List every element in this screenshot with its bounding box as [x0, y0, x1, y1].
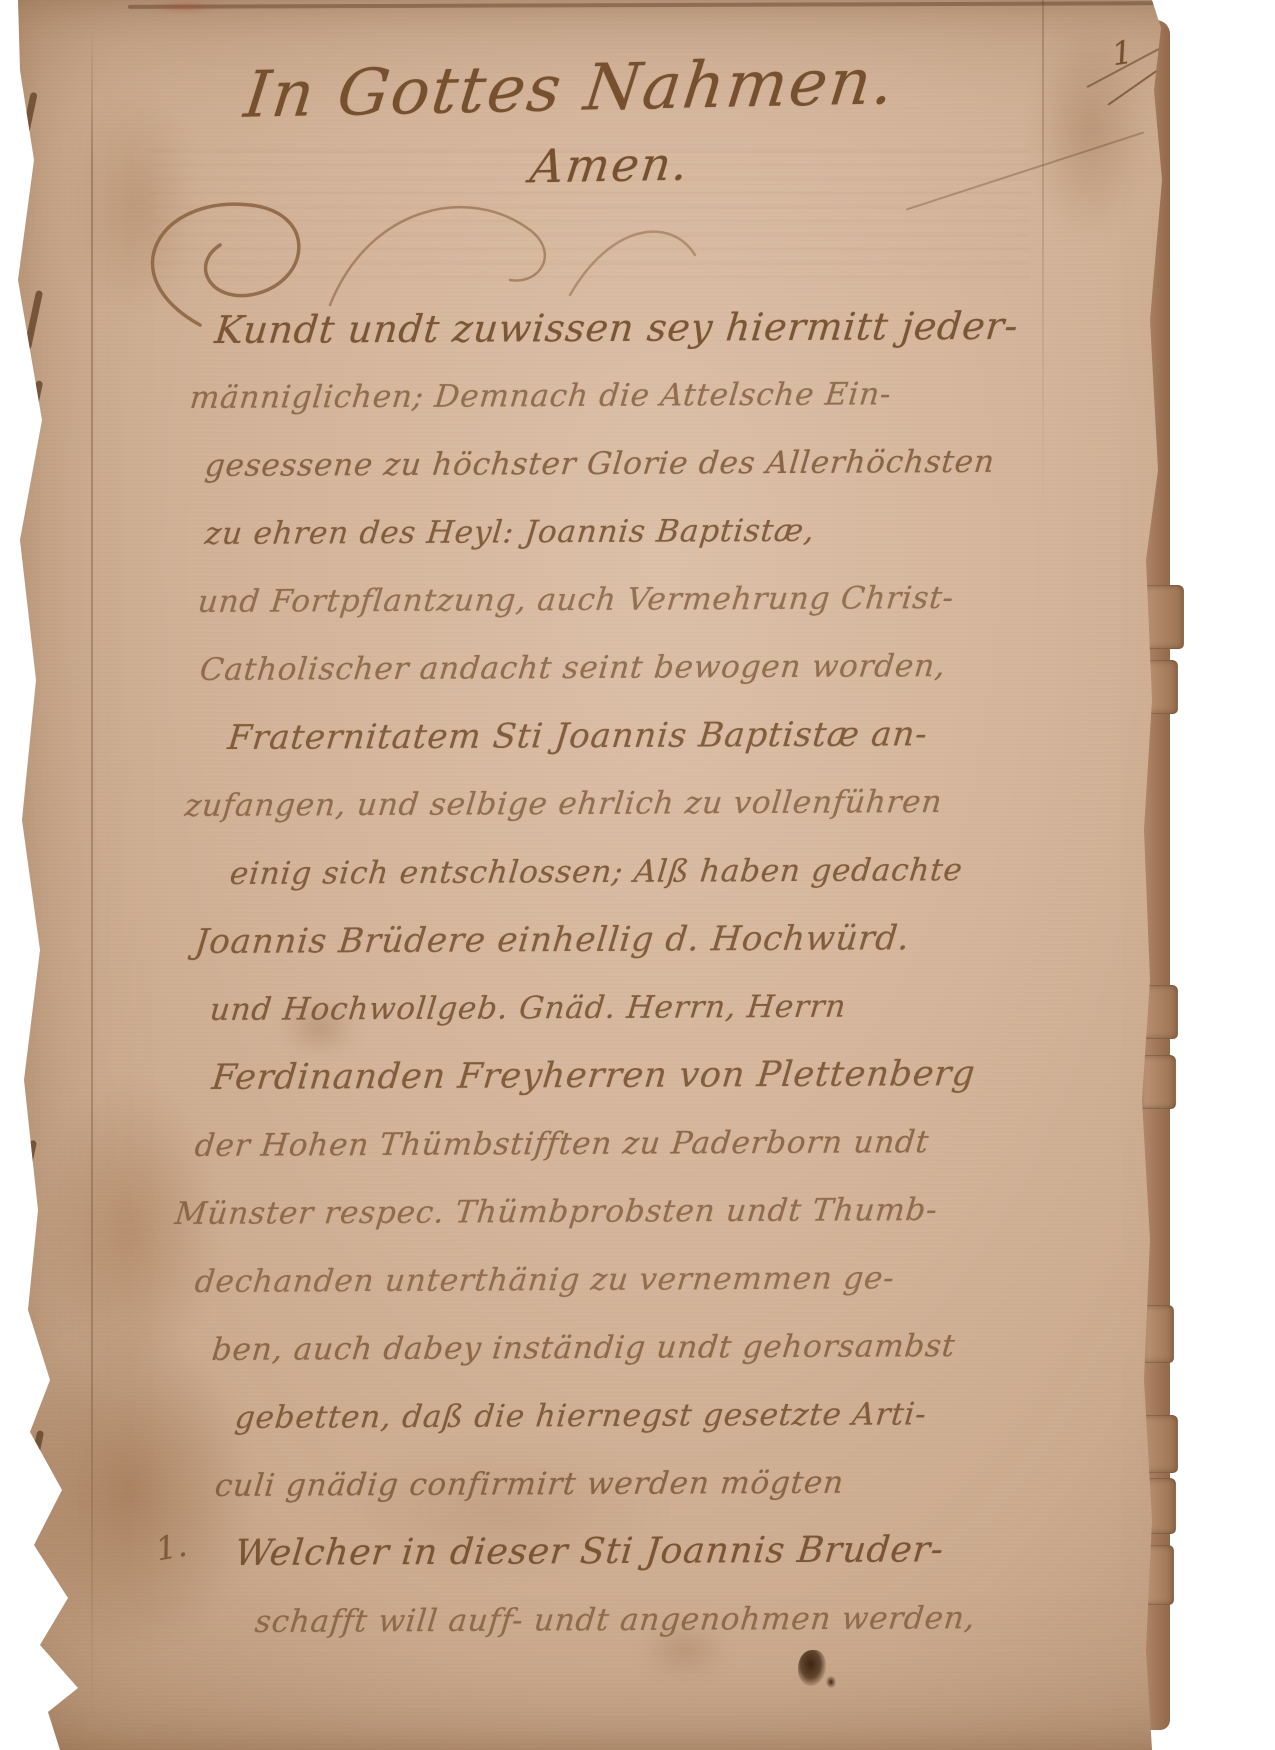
manuscript-page: In Gottes Nahmen. Amen. 1 Kundt undt zuw…: [0, 0, 1275, 1750]
page-vignette: [0, 0, 1275, 1750]
binding-stitch: [28, 1650, 47, 1710]
page-tab: [1140, 1055, 1176, 1109]
manuscript-scan: In Gottes Nahmen. Amen. 1 Kundt undt zuw…: [0, 0, 1275, 1750]
binding-stitch: [18, 930, 37, 990]
